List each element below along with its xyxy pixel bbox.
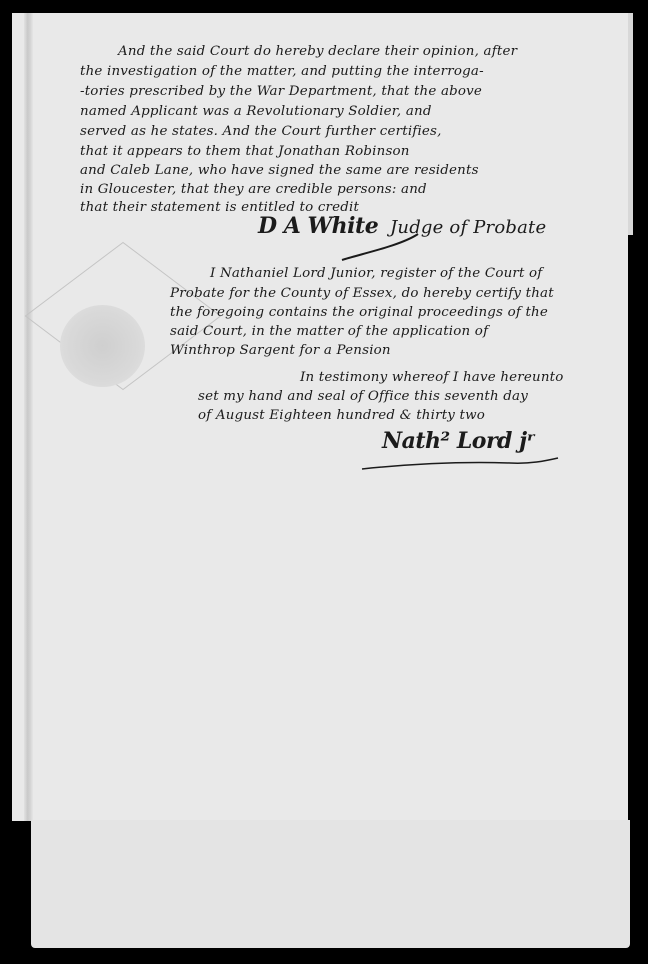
declaration-line: and Caleb Lane, who have signed the same… [80,163,479,178]
certificate-line: Winthrop Sargent for a Pension [170,343,391,358]
page-fold-band [24,13,33,821]
certificate-line: the foregoing contains the original proc… [170,305,548,320]
testimony-line: set my hand and seal of Office this seve… [198,389,528,404]
declaration-line: -tories prescribed by the War Department… [80,84,482,99]
document-page-lower [31,820,630,948]
signature-flourish [340,232,420,262]
declaration-line: served as he states. And the Court furth… [80,124,442,139]
testimony-line: In testimony whereof I have hereunto [300,370,564,385]
certificate-line: I Nathaniel Lord Junior, register of the… [210,266,542,281]
certificate-line: said Court, in the matter of the applica… [170,324,488,339]
testimony-line: of August Eighteen hundred & thirty two [198,408,485,423]
declaration-line: named Applicant was a Revolutionary Sold… [80,104,432,119]
certificate-line: Probate for the County of Essex, do here… [170,286,554,301]
signature-underline [360,455,560,475]
register-signature: Nath² Lord jʳ [382,428,535,454]
page-edge-strip [628,13,633,235]
official-seal [60,305,145,387]
declaration-line: the investigation of the matter, and put… [80,64,484,79]
declaration-line: And the said Court do hereby declare the… [118,44,517,59]
declaration-line: in Gloucester, that they are credible pe… [80,182,427,197]
declaration-line: that it appears to them that Jonathan Ro… [80,144,410,159]
